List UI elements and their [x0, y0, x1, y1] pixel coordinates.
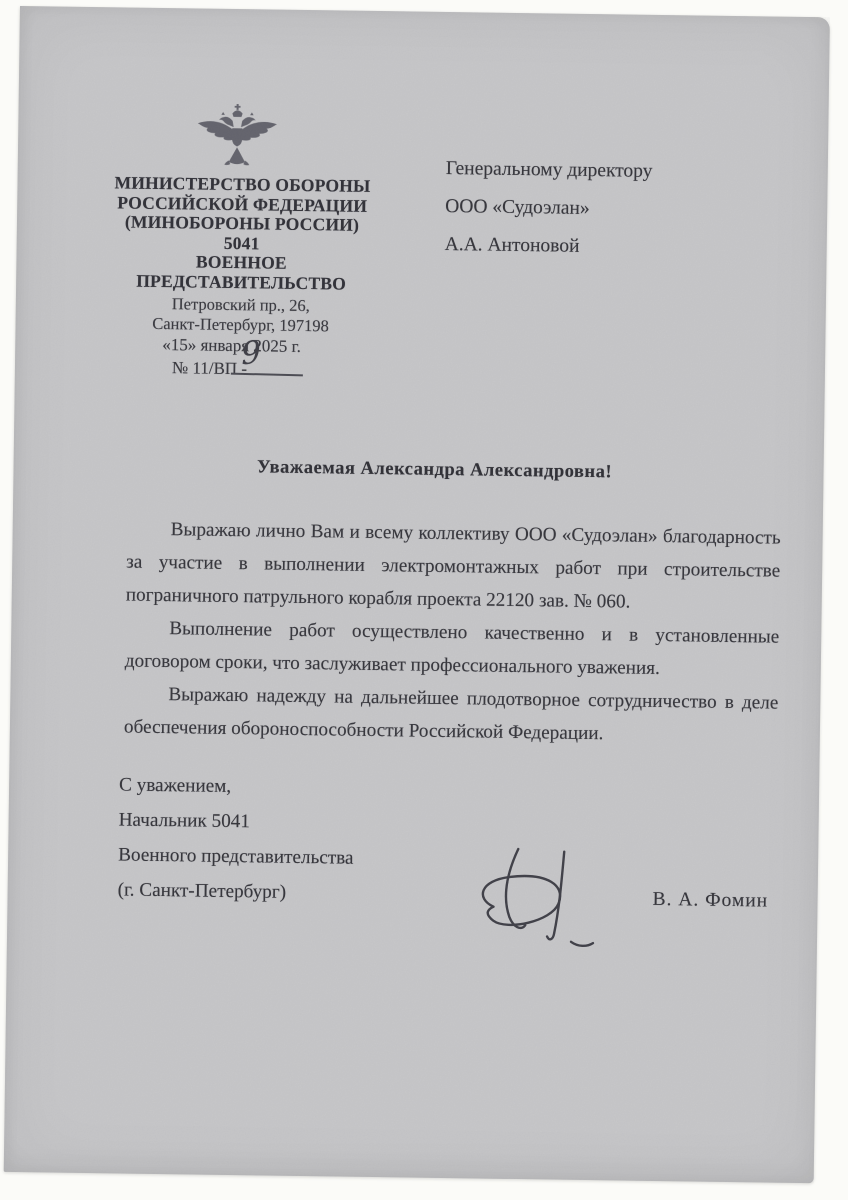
signoff-position-2: Военного представительства: [118, 837, 354, 875]
handwritten-signature: [459, 842, 620, 949]
salutation-line: Уважаемая Александра Александровна!: [103, 455, 765, 485]
letterhead-ministry-block: МИНИСТЕРСТВО ОБОРОНЫ РОССИЙСКОЙ ФЕДЕРАЦИ…: [89, 173, 395, 294]
body-paragraph-2: Выполнение работ осуществлено качественн…: [125, 612, 780, 687]
signoff-regards: С уважением,: [119, 767, 355, 805]
letterhead-address-block: Петровский пр., 26, Санкт-Петербург, 197…: [88, 293, 393, 337]
address-line-2: Санкт-Петербург, 197198: [88, 313, 392, 337]
handwritten-letter-number: 9: [241, 337, 262, 370]
signoff-block: С уважением, Начальник 5041 Военного пре…: [117, 767, 354, 910]
body-paragraph-3: Выражаю надежду на дальнейшее плодотворн…: [124, 678, 779, 753]
mod-eagle-emblem-icon: [193, 102, 282, 171]
letter-body: Выражаю лично Вам и всему коллективу ООО…: [124, 513, 781, 753]
signer-name: В. А. Фомин: [652, 889, 768, 913]
signoff-position-1: Начальник 5041: [118, 802, 354, 840]
letter-number-prefix: № 11/ВП -: [172, 358, 247, 379]
body-paragraph-1: Выражаю лично Вам и всему коллективу ООО…: [126, 513, 781, 621]
eagle-emblem-svg: [193, 102, 282, 171]
letter-date: «15» января 2025 г.: [162, 335, 301, 357]
recipient-company: ООО «Судоэлан»: [445, 188, 652, 229]
scan-background: { "letterhead": { "ministry_lines": [ "М…: [0, 0, 848, 1200]
recipient-block: Генеральному директору ООО «Судоэлан» А.…: [444, 150, 652, 267]
ministry-line-6: ПРЕДСТАВИТЕЛЬСТВО: [89, 270, 393, 294]
signoff-city: (г. Санкт-Петербург): [117, 872, 353, 910]
letter-page: МИНИСТЕРСТВО ОБОРОНЫ РОССИЙСКОЙ ФЕДЕРАЦИ…: [4, 6, 830, 1183]
recipient-title: Генеральному директору: [446, 150, 653, 191]
recipient-person: А.А. Антоновой: [444, 226, 651, 267]
